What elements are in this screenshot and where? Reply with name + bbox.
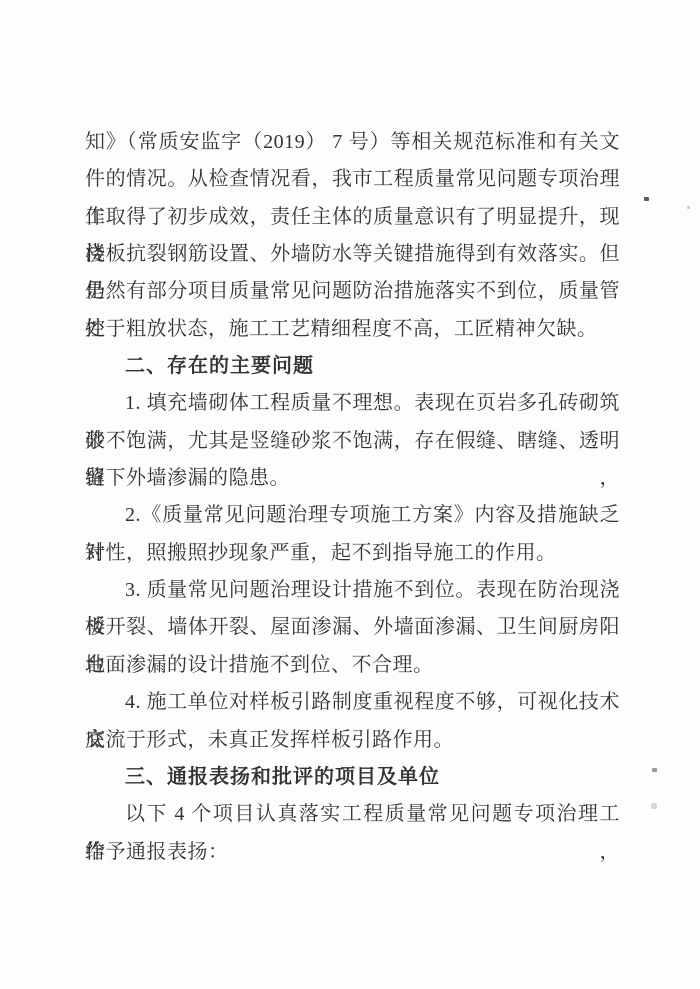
paragraph-line: 件的情况。从检查情况看，我市工程质量常见问题专项治理工 — [85, 161, 620, 198]
paragraph-line: 仍然有部分项目质量常见问题防治措施落实不到位，质量管控 — [85, 273, 620, 310]
section-heading-2: 二、存在的主要问题 — [85, 348, 620, 385]
document-body: 知》（常质安监字（2019） 7 号）等相关规范标准和有关文 件的情况。从检查情… — [85, 124, 620, 871]
list-item-3-line: 板开裂、墙体开裂、屋面渗漏、外墙面渗漏、卫生间厨房阳台 — [85, 609, 620, 646]
section-heading-3: 三、通报表扬和批评的项目及单位 — [85, 759, 620, 796]
list-item-3-line: 地面渗漏的设计措施不到位、不合理。 — [85, 647, 620, 684]
scan-artifact — [652, 768, 657, 772]
scan-artifact — [651, 803, 657, 809]
list-item-2-line: 2.《质量常见问题治理专项施工方案》内容及措施缺乏针 — [85, 497, 620, 534]
paragraph-line: 楼板抗裂钢筋设置、外墙防水等关键措施得到有效落实。但是 — [85, 236, 620, 273]
scan-artifact — [644, 197, 649, 201]
scan-artifact — [687, 206, 690, 209]
list-item-1-line: 1. 填充墙砌体工程质量不理想。表现在页岩多孔砖砌筑砂 — [85, 385, 620, 422]
list-item-1-line: 浆不饱满，尤其是竖缝砂浆不饱满，存在假缝、瞎缝、透明缝， — [85, 423, 620, 460]
list-item-4-line: 4. 施工单位对样板引路制度重视程度不够，可视化技术交 — [85, 684, 620, 721]
list-item-2-line: 对性，照搬照抄现象严重，起不到指导施工的作用。 — [85, 535, 620, 572]
list-item-4-line: 底流于形式，未真正发挥样板引路作用。 — [85, 722, 620, 759]
paragraph-line: 以下 4 个项目认真落实工程质量常见问题专项治理工作， — [85, 796, 620, 833]
scanned-document-page: 知》（常质安监字（2019） 7 号）等相关规范标准和有关文 件的情况。从检查情… — [0, 0, 700, 989]
paragraph-line: 处于粗放状态，施工工艺精细程度不高，工匠精神欠缺。 — [85, 311, 620, 348]
paragraph-line: 知》（常质安监字（2019） 7 号）等相关规范标准和有关文 — [85, 124, 620, 161]
list-item-3-line: 3. 质量常见问题治理设计措施不到位。表现在防治现浇楼 — [85, 572, 620, 609]
paragraph-line: 作取得了初步成效，责任主体的质量意识有了明显提升，现浇 — [85, 199, 620, 236]
